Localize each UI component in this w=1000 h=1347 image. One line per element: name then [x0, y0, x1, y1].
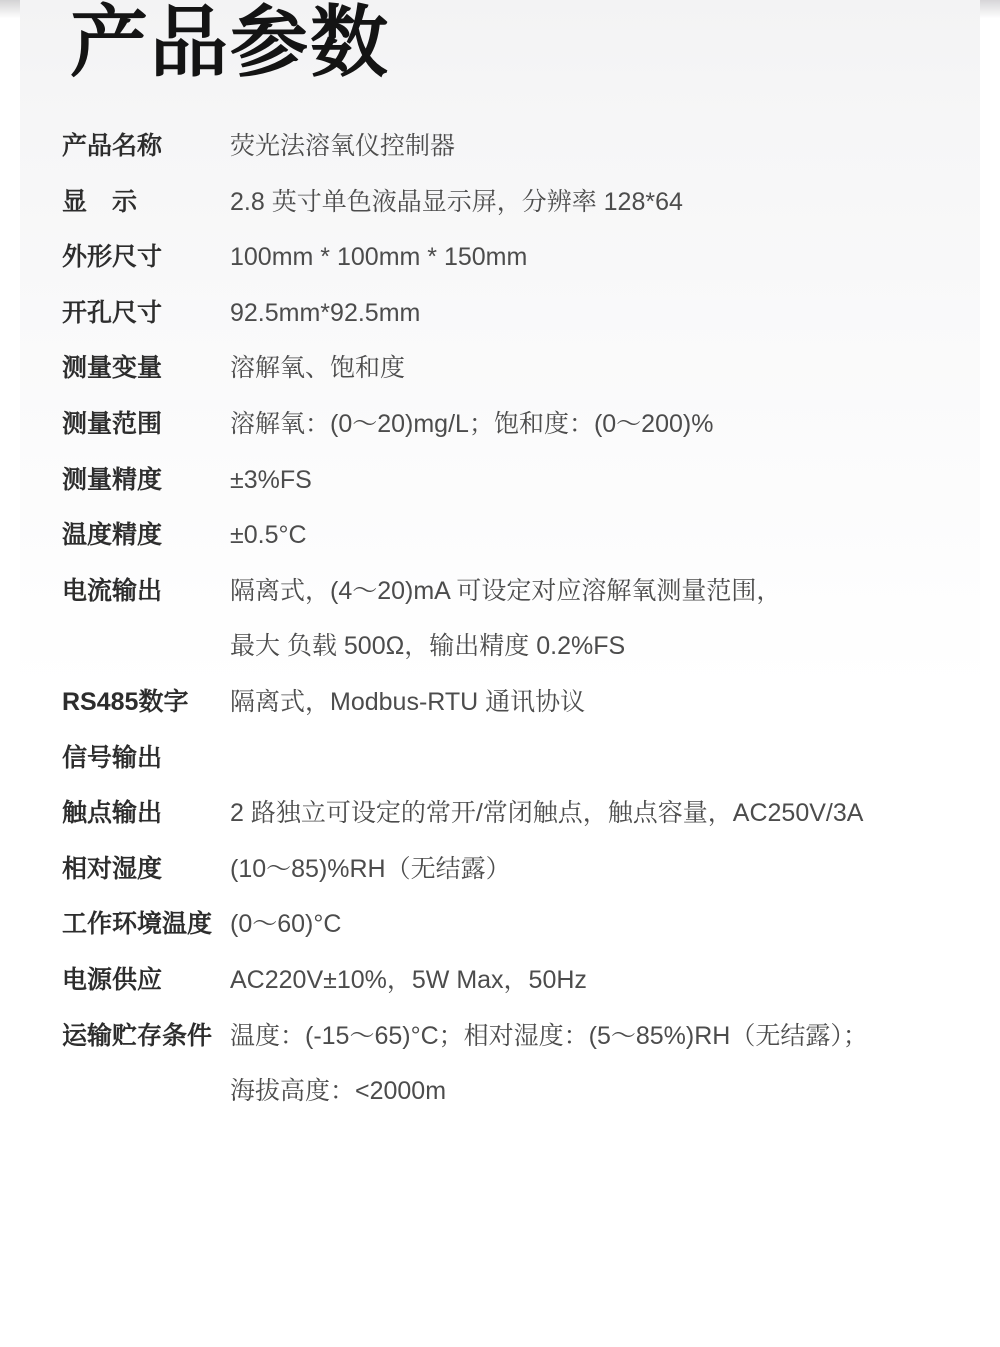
parameter-label-line: 触点输出 — [62, 786, 230, 842]
parameter-value: 荧光法溶氧仪控制器 — [230, 119, 940, 175]
parameter-value-line: 隔离式，Modbus-RTU 通讯协议 — [230, 675, 940, 731]
parameter-value-line: 隔离式，(4～20)mA 可设定对应溶解氧测量范围， — [230, 564, 940, 620]
parameter-value: 隔离式，(4～20)mA 可设定对应溶解氧测量范围，最大 负载 500Ω，输出精… — [230, 564, 940, 675]
parameter-row: 工作环境温度 (0～60)°C — [62, 897, 940, 953]
parameter-label-line: 信号输出 — [62, 731, 230, 787]
parameter-value-line: 溶解氧：(0～20)mg/L；饱和度：(0～200)% — [230, 397, 940, 453]
parameter-label: 测量变量 — [62, 341, 230, 397]
parameter-label: 电源供应 — [62, 953, 230, 1009]
parameter-row: 运输贮存条件 温度：(-15～65)°C；相对湿度：(5～85%)RH（无结露）… — [62, 1009, 940, 1120]
parameter-label-line: 相对湿度 — [62, 842, 230, 898]
parameter-label: 触点输出 — [62, 786, 230, 842]
parameter-row: 开孔尺寸 92.5mm*92.5mm — [62, 286, 940, 342]
parameter-label-line: 电源供应 — [62, 953, 230, 1009]
parameter-label-line: 运输贮存条件 — [62, 1009, 230, 1065]
parameter-row: 触点输出 2 路独立可设定的常开/常闭触点，触点容量，AC250V/3A — [62, 786, 940, 842]
parameter-label: 工作环境温度 — [62, 897, 230, 953]
parameter-label-line: 产品名称 — [62, 119, 230, 175]
parameter-row: 测量精度 ±3%FS — [62, 453, 940, 509]
parameter-label-line: 显 示 — [62, 175, 230, 231]
parameter-row: 外形尺寸 100mm * 100mm * 150mm — [62, 230, 940, 286]
parameter-row: 电流输出 隔离式，(4～20)mA 可设定对应溶解氧测量范围，最大 负载 500… — [62, 564, 940, 675]
parameter-label: 测量范围 — [62, 397, 230, 453]
parameter-row: 电源供应 AC220V±10%，5W Max，50Hz — [62, 953, 940, 1009]
parameter-value: ±0.5°C — [230, 508, 940, 564]
parameters-table: 产品名称 荧光法溶氧仪控制器 显 示 2.8 英寸单色液晶显示屏，分辨率 128… — [62, 119, 940, 1120]
parameter-value-line: 海拔高度：<2000m — [230, 1064, 940, 1120]
parameter-label-line: 外形尺寸 — [62, 230, 230, 286]
parameter-row: 产品名称 荧光法溶氧仪控制器 — [62, 119, 940, 175]
parameter-label: 运输贮存条件 — [62, 1009, 230, 1065]
parameter-row: 测量变量 溶解氧、饱和度 — [62, 341, 940, 397]
parameter-value: 溶解氧：(0～20)mg/L；饱和度：(0～200)% — [230, 397, 940, 453]
parameter-label-line: 开孔尺寸 — [62, 286, 230, 342]
parameter-label: 产品名称 — [62, 119, 230, 175]
parameter-row: 测量范围 溶解氧：(0～20)mg/L；饱和度：(0～200)% — [62, 397, 940, 453]
parameter-value: 温度：(-15～65)°C；相对湿度：(5～85%)RH（无结露）；海拔高度：<… — [230, 1009, 940, 1120]
parameters-card: PRODUCT PARAMETERS 产品参数 产品名称 荧光法溶氧仪控制器 显… — [20, 0, 980, 1152]
parameter-value-line: 荧光法溶氧仪控制器 — [230, 119, 940, 175]
parameter-value-line: ±3%FS — [230, 453, 940, 509]
parameter-value: 隔离式，Modbus-RTU 通讯协议 — [230, 675, 940, 731]
parameter-label: 测量精度 — [62, 453, 230, 509]
parameter-value: 2.8 英寸单色液晶显示屏，分辨率 128*64 — [230, 175, 940, 231]
parameter-label: 显 示 — [62, 175, 230, 231]
parameter-label-line: 工作环境温度 — [62, 897, 230, 953]
parameter-label: 外形尺寸 — [62, 230, 230, 286]
section-header: PRODUCT PARAMETERS 产品参数 — [62, 0, 940, 91]
parameter-value-line: 100mm * 100mm * 150mm — [230, 230, 940, 286]
parameter-value-line: 2.8 英寸单色液晶显示屏，分辨率 128*64 — [230, 175, 940, 231]
parameter-value-line: AC220V±10%，5W Max，50Hz — [230, 953, 940, 1009]
parameter-row: 相对湿度 (10～85)%RH（无结露） — [62, 842, 940, 898]
parameter-value: (0～60)°C — [230, 897, 940, 953]
parameter-label: RS485数字信号输出 — [62, 675, 230, 786]
parameter-label-line: 电流输出 — [62, 564, 230, 620]
page-title: 产品参数 — [70, 0, 940, 91]
parameter-row: 显 示 2.8 英寸单色液晶显示屏，分辨率 128*64 — [62, 175, 940, 231]
parameter-row: 温度精度 ±0.5°C — [62, 508, 940, 564]
parameter-label-line: 测量范围 — [62, 397, 230, 453]
parameter-value-line: (10～85)%RH（无结露） — [230, 842, 940, 898]
parameter-row: RS485数字信号输出 隔离式，Modbus-RTU 通讯协议 — [62, 675, 940, 786]
parameter-value: 溶解氧、饱和度 — [230, 341, 940, 397]
parameter-value-line: ±0.5°C — [230, 508, 940, 564]
parameter-value-line: 溶解氧、饱和度 — [230, 341, 940, 397]
parameter-label-line: 测量变量 — [62, 341, 230, 397]
parameter-label: 电流输出 — [62, 564, 230, 620]
parameter-value: 92.5mm*92.5mm — [230, 286, 940, 342]
parameter-label: 相对湿度 — [62, 842, 230, 898]
parameter-value: 2 路独立可设定的常开/常闭触点，触点容量，AC250V/3A — [230, 786, 940, 842]
parameter-label: 开孔尺寸 — [62, 286, 230, 342]
parameter-value-line: 92.5mm*92.5mm — [230, 286, 940, 342]
parameter-value: 100mm * 100mm * 150mm — [230, 230, 940, 286]
parameter-label-line: 测量精度 — [62, 453, 230, 509]
parameter-value: ±3%FS — [230, 453, 940, 509]
parameter-label-line: 温度精度 — [62, 508, 230, 564]
parameter-value: (10～85)%RH（无结露） — [230, 842, 940, 898]
product-parameters-page: PRODUCT PARAMETERS 产品参数 产品名称 荧光法溶氧仪控制器 显… — [0, 0, 1000, 1182]
parameter-value-line: 最大 负载 500Ω，输出精度 0.2%FS — [230, 619, 940, 675]
parameter-value-line: (0～60)°C — [230, 897, 940, 953]
parameter-value: AC220V±10%，5W Max，50Hz — [230, 953, 940, 1009]
parameter-label: 温度精度 — [62, 508, 230, 564]
parameter-value-line: 2 路独立可设定的常开/常闭触点，触点容量，AC250V/3A — [230, 786, 940, 842]
parameter-label-line: RS485数字 — [62, 675, 230, 731]
parameter-value-line: 温度：(-15～65)°C；相对湿度：(5～85%)RH（无结露）； — [230, 1009, 940, 1065]
